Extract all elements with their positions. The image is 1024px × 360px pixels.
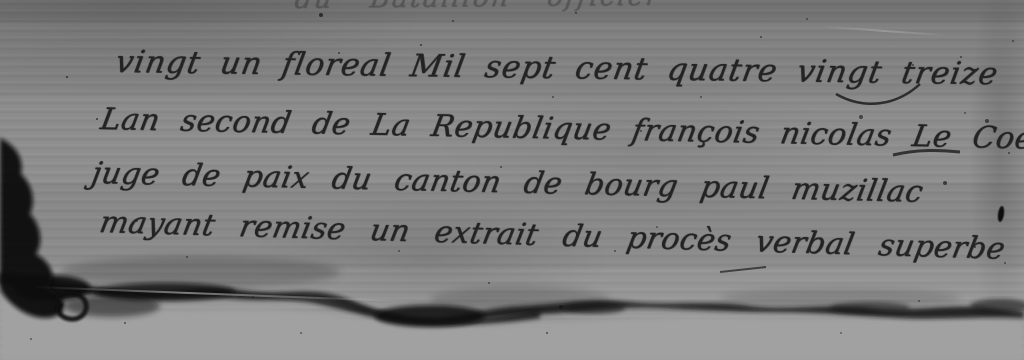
char-clump <box>375 305 485 327</box>
ink-speckles <box>0 0 2 2</box>
left-damage-smudge <box>64 295 160 317</box>
underline-verbal <box>720 267 766 272</box>
char-clump <box>830 302 910 314</box>
manuscript-scan: du Bataillon officier vingt un floreal M… <box>0 0 1024 360</box>
edge-shadow-smudge <box>60 256 340 288</box>
char-clump <box>565 302 625 314</box>
